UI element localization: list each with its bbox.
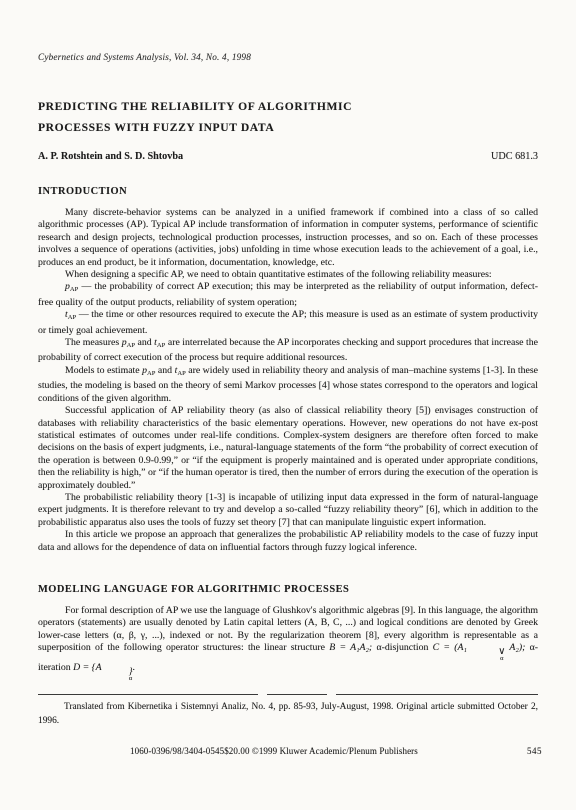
modeling-language-body: For formal description of AP we use the …: [38, 605, 538, 683]
vee-alpha-stack: ∨α: [471, 647, 505, 662]
copyright-line: 1060-0396/98/3404-0545$20.00 ©1999 Kluwe…: [130, 746, 418, 756]
paragraph-3: pAP — the probability of correct AP exec…: [38, 281, 538, 309]
rule-segment: [267, 694, 327, 695]
math-linear-structure: B = A₁A₂;: [329, 642, 372, 653]
paragraph-10: For formal description of AP we use the …: [38, 605, 538, 683]
subscript: AP: [177, 370, 185, 377]
brace-alpha-stack: }α: [102, 667, 133, 682]
paragraph-1: Many discrete-behavior systems can be an…: [38, 207, 538, 269]
page-number: 545: [527, 746, 542, 756]
byline-row: A. P. Rotshtein and S. D. Shtovba UDC 68…: [38, 151, 538, 162]
math-p-ap: pAP: [122, 337, 135, 348]
math-t-ap: tAP: [65, 309, 76, 320]
footnote-block: Translated from Kibernetika i Sistemnyi …: [38, 694, 538, 728]
math-t-ap: tAP: [175, 365, 186, 376]
rule-segment: [336, 694, 538, 695]
paragraph-5: The measures pAP and tAP are interrelate…: [38, 337, 538, 365]
math-token: C = (A₁: [433, 642, 472, 653]
journal-header: Cybernetics and Systems Analysis, Vol. 3…: [38, 52, 538, 62]
scanned-paper-page: Cybernetics and Systems Analysis, Vol. 3…: [0, 0, 576, 810]
translation-footnote: Translated from Kibernetika i Sistemnyi …: [38, 701, 538, 728]
math-alpha-disjunction: C = (A₁ ∨α A₂);: [433, 642, 530, 653]
paragraph-6: Models to estimate pAP and tAP are widel…: [38, 365, 538, 405]
text-run: .: [133, 662, 135, 673]
text-run: α-disjunction: [372, 642, 432, 653]
introduction-body: Many discrete-behavior systems can be an…: [38, 207, 538, 554]
text-run: — the time or other resources required t…: [38, 309, 538, 335]
text-run: The measures: [65, 337, 122, 348]
paragraph-9: In this article we propose an approach t…: [38, 529, 538, 554]
page-footer: 1060-0396/98/3404-0545$20.00 ©1999 Kluwe…: [38, 746, 542, 756]
rule-segment: [38, 694, 258, 695]
section-heading-introduction: INTRODUCTION: [38, 186, 538, 197]
text-run: and: [135, 337, 154, 348]
title-line-1: PREDICTING THE RELIABILITY OF ALGORITHMI…: [38, 96, 538, 117]
text-run: — the probability of correct AP executio…: [38, 281, 538, 307]
text-run: and: [155, 365, 174, 376]
math-p-ap: pAP: [142, 365, 155, 376]
math-alpha-iteration: D = {A}α: [73, 662, 132, 673]
paragraph-2: When designing a specific AP, we need to…: [38, 269, 538, 281]
udc-code: UDC 681.3: [491, 151, 538, 162]
authors: A. P. Rotshtein and S. D. Shtovba: [38, 151, 183, 162]
article-title: PREDICTING THE RELIABILITY OF ALGORITHMI…: [38, 96, 538, 138]
math-token: A₂);: [505, 642, 529, 653]
footnote-separator-rule: [38, 694, 538, 695]
alpha-subscript: α: [102, 676, 132, 682]
text-run: Models to estimate: [65, 365, 142, 376]
subscript: AP: [127, 342, 135, 349]
math-t-ap: tAP: [154, 337, 165, 348]
section-heading-modeling-language: MODELING LANGUAGE FOR ALGORITHMIC PROCES…: [38, 584, 538, 595]
paragraph-7: Successful application of AP reliability…: [38, 405, 538, 492]
paragraph-4: tAP — the time or other resources requir…: [38, 309, 538, 337]
alpha-subscript: α: [473, 656, 503, 662]
math-p-ap: pAP: [65, 281, 78, 292]
title-line-2: PROCESSES WITH FUZZY INPUT DATA: [38, 117, 538, 138]
paragraph-8: The probabilistic reliability theory [1-…: [38, 492, 538, 529]
subscript: AP: [68, 314, 76, 321]
math-token: D = {A: [73, 662, 102, 673]
